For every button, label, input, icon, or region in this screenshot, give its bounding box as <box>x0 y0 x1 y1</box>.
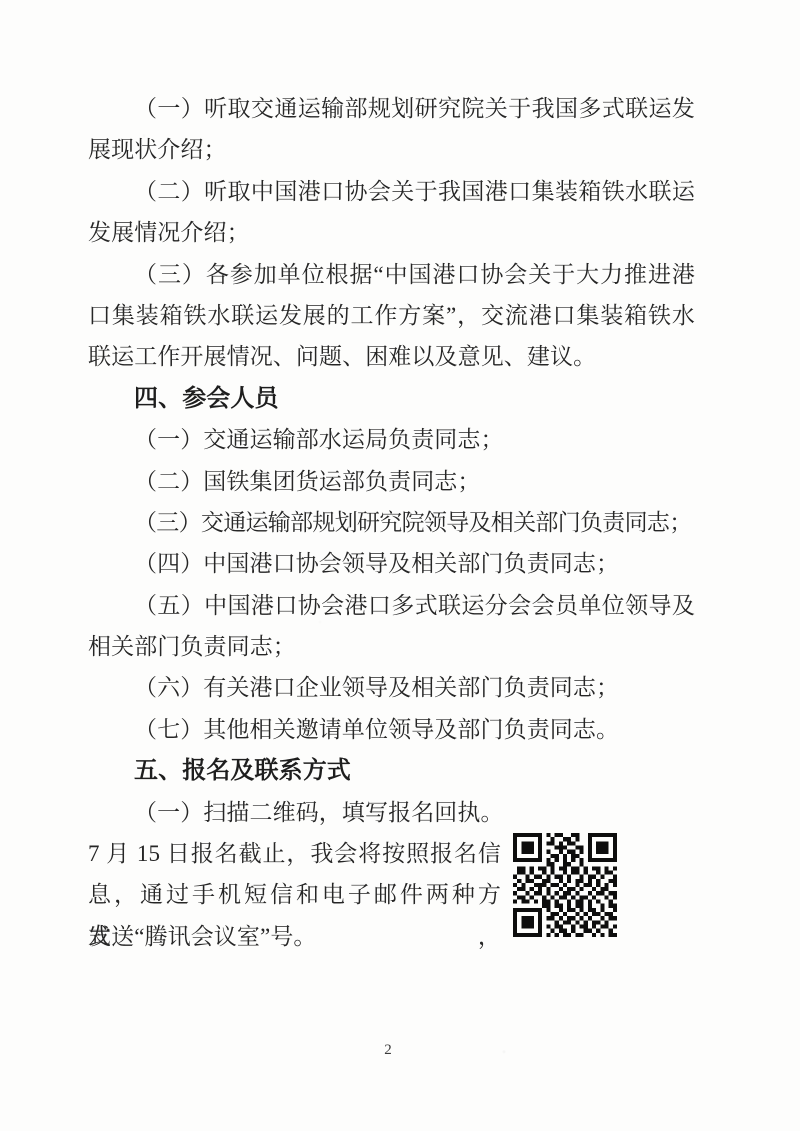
text-line: 展现状介绍； <box>88 129 695 170</box>
text-line: 五、报名及联系方式 <box>88 750 695 791</box>
text-line: 口集装箱铁水联运发展的工作方案”，交流港口集装箱铁水 <box>88 295 695 336</box>
section-heading-registration: 五、报名及联系方式 <box>88 750 695 791</box>
participant-item-3: （三）交通运输部规划研究院领导及相关部门负责同志； <box>88 502 695 543</box>
text-line: 相关部门负责同志； <box>88 626 695 667</box>
page-number: 2 <box>0 1041 776 1059</box>
text-line: （一）扫描二维码，填写报名回执。 <box>88 792 695 833</box>
participant-item-7: （七）其他相关邀请单位领导及部门负责同志。 <box>88 709 695 750</box>
text-line: （七）其他相关邀请单位领导及部门负责同志。 <box>88 709 695 750</box>
text-line: （一）交通运输部水运局负责同志； <box>88 419 695 460</box>
agenda-item-3: （三）各参加单位根据“中国港口协会关于大力推进港口集装箱铁水联运发展的工作方案”… <box>88 254 695 378</box>
participant-item-5: （五）中国港口协会港口多式联运分会会员单位领导及相关部门负责同志； <box>88 585 695 668</box>
participant-item-2: （二）国铁集团货运部负责同志； <box>88 461 695 502</box>
text-line: （五）中国港口协会港口多式联运分会会员单位领导及 <box>88 585 695 626</box>
text-line: （四）中国港口协会领导及相关部门负责同志； <box>88 543 695 584</box>
participant-item-6: （六）有关港口企业领导及相关部门负责同志； <box>88 667 695 708</box>
text-line: （一）听取交通运输部规划研究院关于我国多式联运发 <box>88 88 695 129</box>
text-line: （三）交通运输部规划研究院领导及相关部门负责同志； <box>88 502 695 543</box>
text-line: （二）听取中国港口协会关于我国港口集装箱铁水联运 <box>88 171 695 212</box>
registration-qr-code <box>513 833 617 937</box>
text-line: 息，通过手机短信和电子邮件两种方式， <box>88 874 501 915</box>
text-line: （六）有关港口企业领导及相关部门负责同志； <box>88 667 695 708</box>
qr-code-image <box>513 833 617 937</box>
agenda-item-2: （二）听取中国港口协会关于我国港口集装箱铁水联运发展情况介绍； <box>88 171 695 254</box>
document-body: （一）听取交通运输部规划研究院关于我国多式联运发展现状介绍；（二）听取中国港口协… <box>88 88 695 957</box>
text-line: （三）各参加单位根据“中国港口协会关于大力推进港 <box>88 254 695 295</box>
text-line: （二）国铁集团货运部负责同志； <box>88 461 695 502</box>
section-heading-participants: 四、参会人员 <box>88 378 695 419</box>
participant-item-4: （四）中国港口协会领导及相关部门负责同志； <box>88 543 695 584</box>
agenda-item-1: （一）听取交通运输部规划研究院关于我国多式联运发展现状介绍； <box>88 88 695 171</box>
participant-item-1: （一）交通运输部水运局负责同志； <box>88 419 695 460</box>
document-page: （一）听取交通运输部规划研究院关于我国多式联运发展现状介绍；（二）听取中国港口协… <box>0 0 800 1131</box>
text-line: 7 月 15 日报名截止，我会将按照报名信 <box>88 833 501 874</box>
text-line: 联运工作开展情况、问题、困难以及意见、建议。 <box>88 336 695 377</box>
text-line: 四、参会人员 <box>88 378 695 419</box>
text-line: 发展情况介绍； <box>88 212 695 253</box>
